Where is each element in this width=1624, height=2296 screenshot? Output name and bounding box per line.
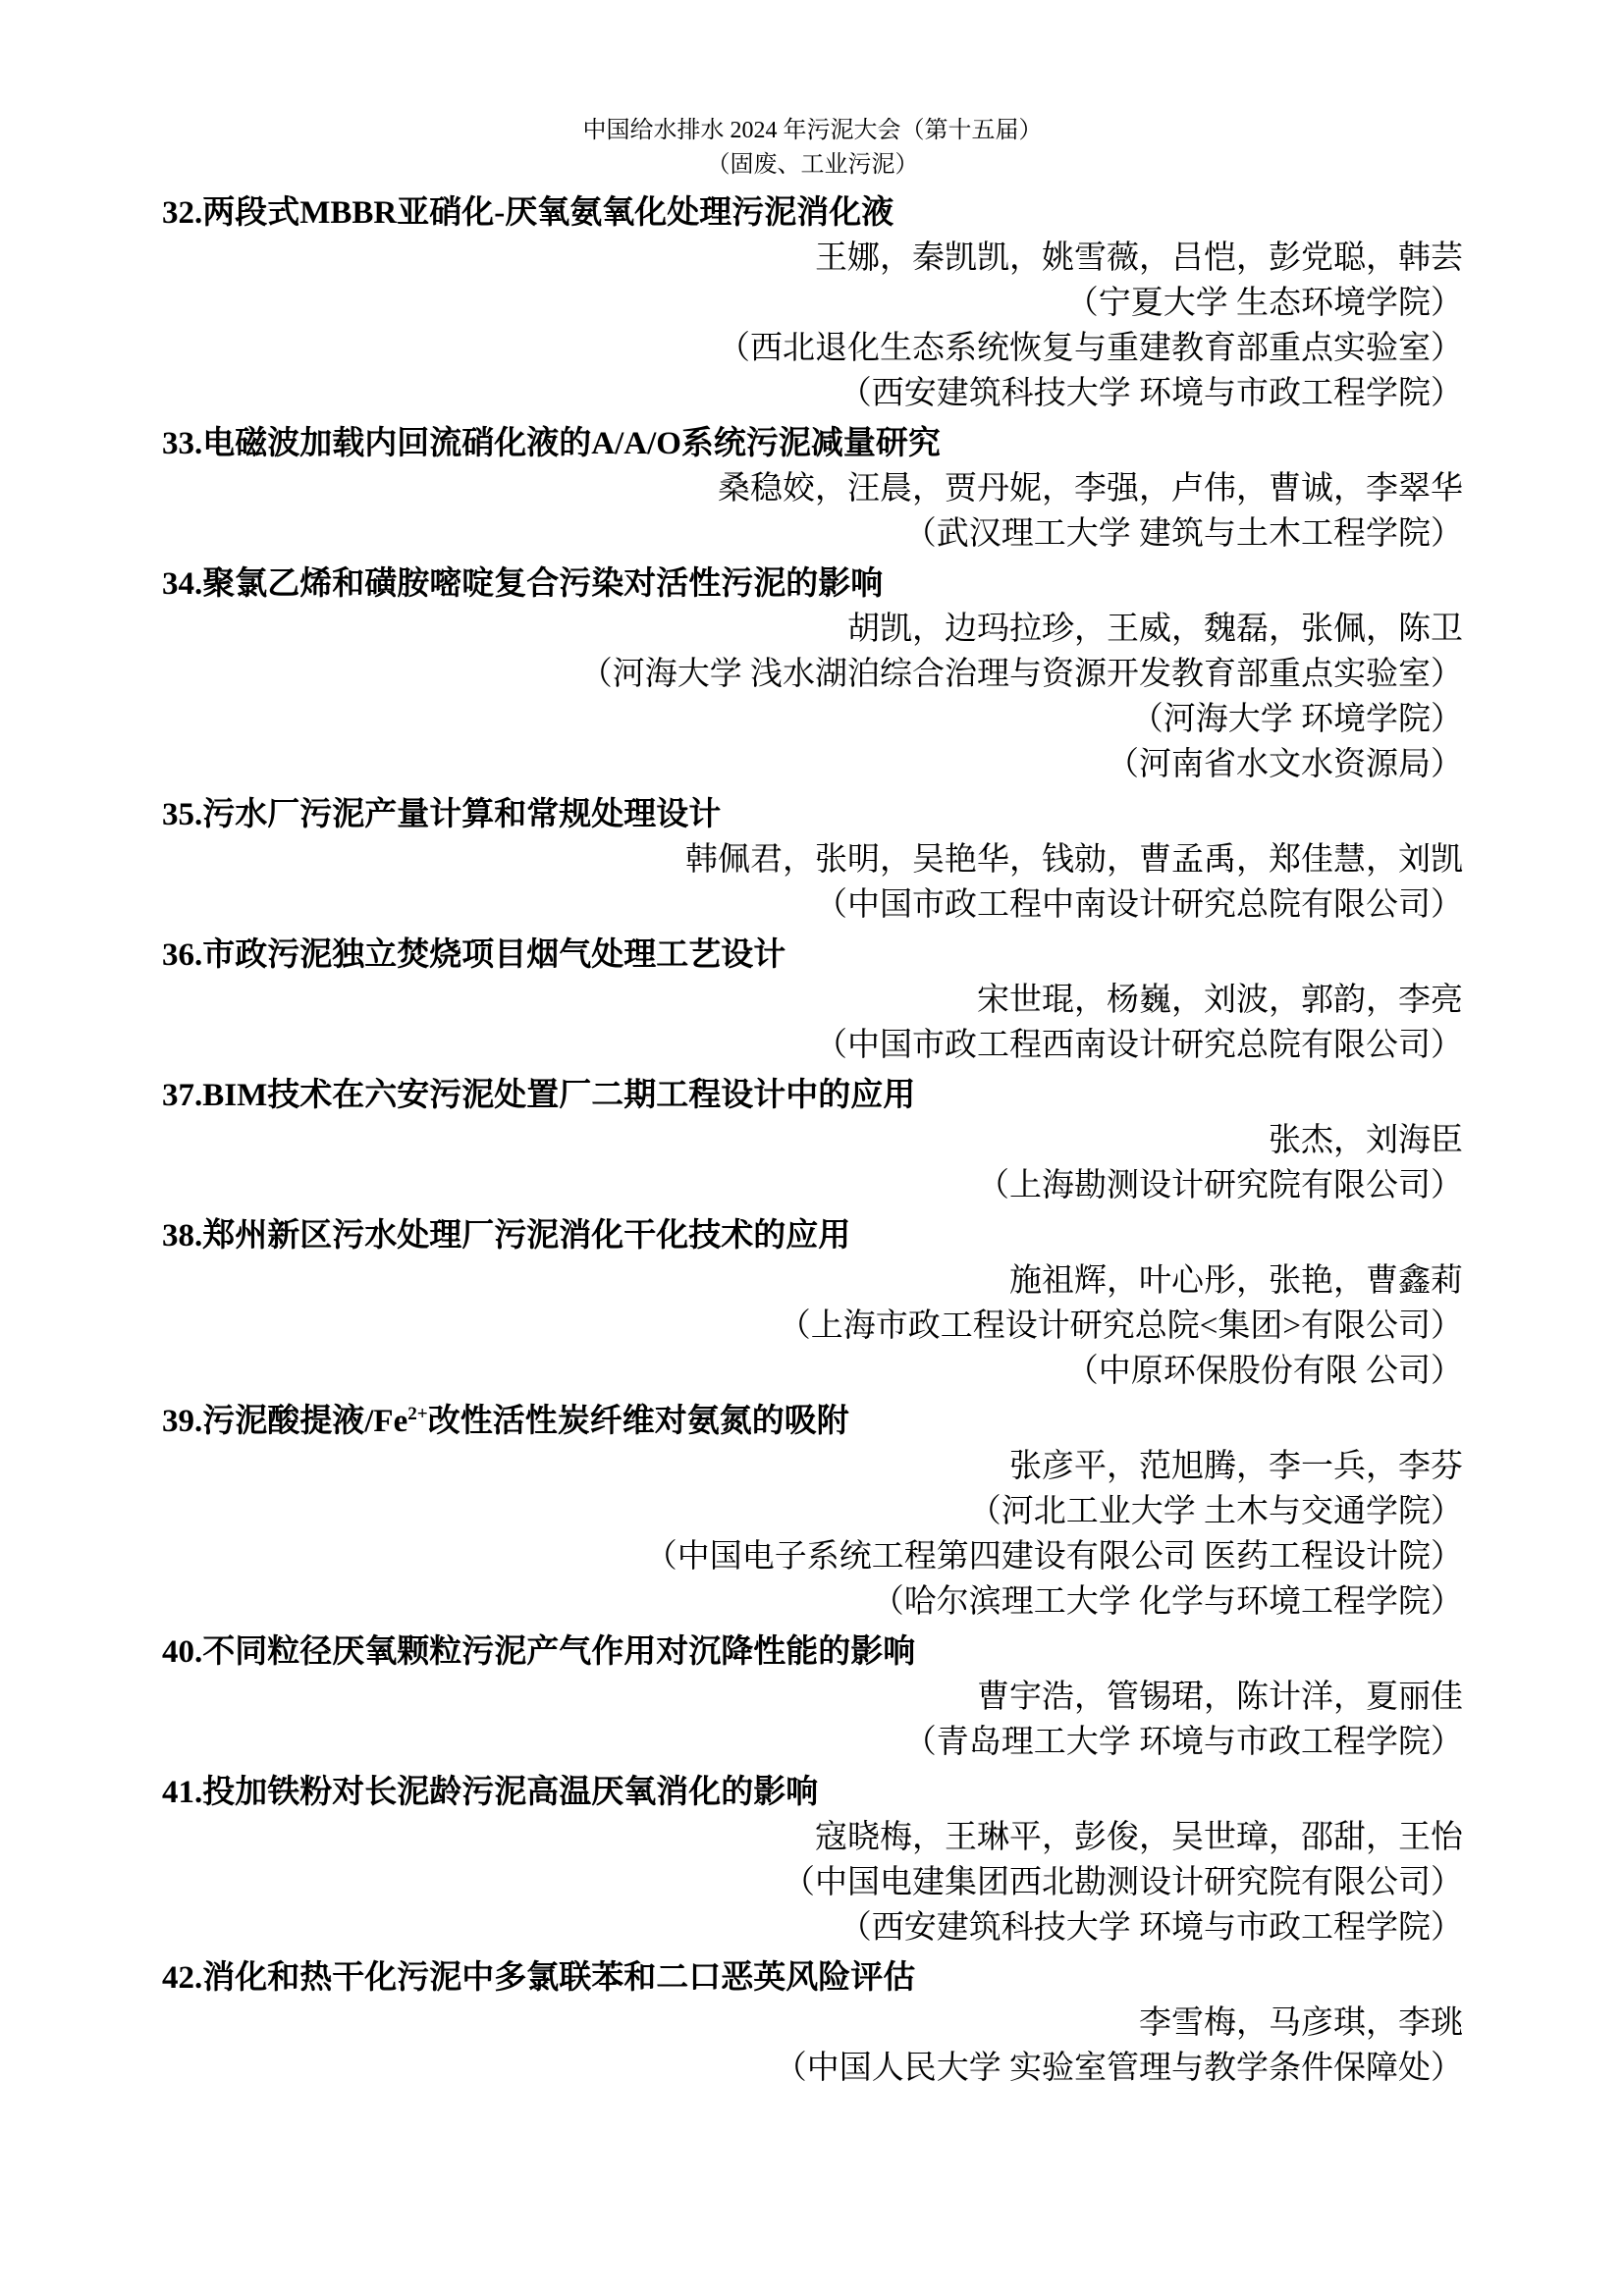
paper-authors: 张彦平，范旭腾，李一兵，李芬 [162,1444,1463,1489]
paper-title: 39.污泥酸提液/Fe2+改性活性炭纤维对氨氮的吸附 [162,1399,1463,1444]
paper-item-32: 32.两段式MBBR亚硝化-厌氧氨氧化处理污泥消化液 王娜，秦凯凯，姚雪薇，吕恺… [162,190,1463,416]
paper-title: 32.两段式MBBR亚硝化-厌氧氨氧化处理污泥消化液 [162,190,1463,236]
paper-affiliation: （中国市政工程西南设计研究总院有限公司） [162,1023,1463,1068]
paper-affiliation: （河南省水文水资源局） [162,742,1463,787]
paper-item-39: 39.污泥酸提液/Fe2+改性活性炭纤维对氨氮的吸附 张彦平，范旭腾，李一兵，李… [162,1399,1463,1625]
paper-title: 37.BIM技术在六安污泥处置厂二期工程设计中的应用 [162,1073,1463,1118]
paper-affiliation: （中国人民大学 实验室管理与教学条件保障处） [162,2046,1463,2091]
paper-title-prefix: 39.污泥酸提液/Fe [162,1404,407,1439]
paper-item-35: 35.污水厂污泥产量计算和常规处理设计 韩佩君，张明，吴艳华，钱勍，曹孟禹，郑佳… [162,792,1463,928]
paper-title: 40.不同粒径厌氧颗粒污泥产气作用对沉降性能的影响 [162,1629,1463,1675]
paper-title: 35.污水厂污泥产量计算和常规处理设计 [162,792,1463,837]
paper-affiliation: （河海大学 浅水湖泊综合治理与资源开发教育部重点实验室） [162,652,1463,697]
paper-authors: 张杰，刘海臣 [162,1118,1463,1163]
paper-affiliation: （哈尔滨理工大学 化学与环境工程学院） [162,1579,1463,1625]
paper-affiliation: （西北退化生态系统恢复与重建教育部重点实验室） [162,326,1463,371]
paper-title-suffix: 改性活性炭纤维对氨氮的吸附 [428,1404,849,1439]
paper-item-41: 41.投加铁粉对长泥龄污泥高温厌氧消化的影响 寇晓梅，王琳平，彭俊，吴世璋，邵甜… [162,1770,1463,1950]
paper-authors: 寇晓梅，王琳平，彭俊，吴世璋，邵甜，王怡 [162,1815,1463,1860]
paper-title: 36.市政污泥独立焚烧项目烟气处理工艺设计 [162,933,1463,978]
paper-item-33: 33.电磁波加载内回流硝化液的A/A/O系统污泥减量研究 桑稳姣，汪晨，贾丹妮，… [162,421,1463,557]
paper-affiliation: （中国电建集团西北勘测设计研究院有限公司） [162,1860,1463,1905]
paper-item-37: 37.BIM技术在六安污泥处置厂二期工程设计中的应用 张杰，刘海臣 （上海勘测设… [162,1073,1463,1208]
paper-affiliation: （上海勘测设计研究院有限公司） [162,1163,1463,1208]
paper-affiliation: （河海大学 环境学院） [162,697,1463,742]
paper-item-40: 40.不同粒径厌氧颗粒污泥产气作用对沉降性能的影响 曹宇浩，管锡珺，陈计洋，夏丽… [162,1629,1463,1765]
paper-authors: 施祖辉，叶心彤，张艳，曹鑫莉 [162,1258,1463,1304]
conference-title: 中国给水排水 2024 年污泥大会（第十五届） [162,114,1463,148]
paper-authors: 曹宇浩，管锡珺，陈计洋，夏丽佳 [162,1675,1463,1720]
conference-subtitle: （固废、工业污泥） [162,148,1463,183]
paper-authors: 胡凯，边玛拉珍，王威，魏磊，张佩，陈卫 [162,607,1463,652]
paper-item-34: 34.聚氯乙烯和磺胺嘧啶复合污染对活性污泥的影响 胡凯，边玛拉珍，王威，魏磊，张… [162,561,1463,787]
paper-authors: 王娜，秦凯凯，姚雪薇，吕恺，彭党聪，韩芸 [162,236,1463,281]
paper-affiliation: （中国市政工程中南设计研究总院有限公司） [162,882,1463,928]
paper-item-42: 42.消化和热干化污泥中多氯联苯和二口恶英风险评估 李雪梅，马彦琪，李珧 （中国… [162,1955,1463,2091]
paper-affiliation: （武汉理工大学 建筑与土木工程学院） [162,511,1463,557]
paper-affiliation: （西安建筑科技大学 环境与市政工程学院） [162,1905,1463,1950]
paper-item-36: 36.市政污泥独立焚烧项目烟气处理工艺设计 宋世琨，杨巍，刘波，郭韵，李亮 （中… [162,933,1463,1068]
paper-affiliation: （上海市政工程设计研究总院<集团>有限公司） [162,1304,1463,1349]
paper-item-38: 38.郑州新区污水处理厂污泥消化干化技术的应用 施祖辉，叶心彤，张艳，曹鑫莉 （… [162,1213,1463,1394]
paper-title: 38.郑州新区污水处理厂污泥消化干化技术的应用 [162,1213,1463,1258]
paper-affiliation: （中国电子系统工程第四建设有限公司 医药工程设计院） [162,1534,1463,1579]
paper-authors: 韩佩君，张明，吴艳华，钱勍，曹孟禹，郑佳慧，刘凯 [162,837,1463,882]
paper-authors: 李雪梅，马彦琪，李珧 [162,2001,1463,2046]
paper-title: 34.聚氯乙烯和磺胺嘧啶复合污染对活性污泥的影响 [162,561,1463,607]
paper-title: 42.消化和热干化污泥中多氯联苯和二口恶英风险评估 [162,1955,1463,2001]
paper-list: 32.两段式MBBR亚硝化-厌氧氨氧化处理污泥消化液 王娜，秦凯凯，姚雪薇，吕恺… [162,190,1463,2091]
document-page: 中国给水排水 2024 年污泥大会（第十五届） （固废、工业污泥） 32.两段式… [0,0,1624,2296]
paper-affiliation: （宁夏大学 生态环境学院） [162,281,1463,326]
paper-authors: 宋世琨，杨巍，刘波，郭韵，李亮 [162,978,1463,1023]
page-header: 中国给水排水 2024 年污泥大会（第十五届） （固废、工业污泥） [162,114,1463,183]
superscript-2plus: 2+ [407,1404,427,1424]
paper-affiliation: （河北工业大学 土木与交通学院） [162,1489,1463,1534]
paper-affiliation: （西安建筑科技大学 环境与市政工程学院） [162,371,1463,416]
paper-title: 41.投加铁粉对长泥龄污泥高温厌氧消化的影响 [162,1770,1463,1815]
paper-title: 33.电磁波加载内回流硝化液的A/A/O系统污泥减量研究 [162,421,1463,466]
paper-affiliation: （中原环保股份有限 公司） [162,1349,1463,1394]
paper-affiliation: （青岛理工大学 环境与市政工程学院） [162,1720,1463,1765]
paper-authors: 桑稳姣，汪晨，贾丹妮，李强，卢伟，曹诚，李翠华 [162,466,1463,511]
